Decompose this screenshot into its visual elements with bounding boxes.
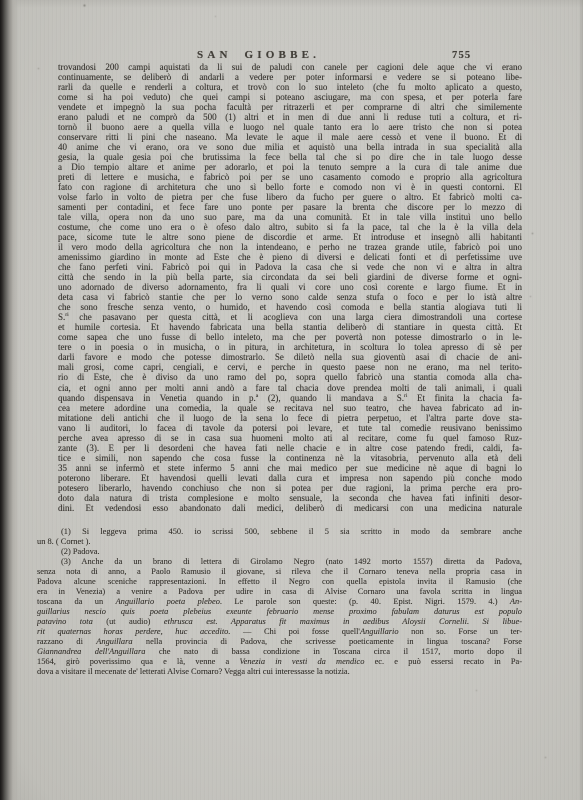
- text-line: S.ri che pasavano per questa città, et l…: [58, 312, 522, 322]
- footnote-line: toscana da un Anguillario poeta plebeo. …: [37, 597, 522, 607]
- text-line: tornò il buono aere a quella villa e luo…: [58, 122, 522, 132]
- text-line: continuamente, se deliberò di andarli a …: [58, 72, 522, 82]
- text-line: rio di Este, che è diviso da uno ramo de…: [58, 372, 522, 382]
- page-number: 755: [452, 50, 471, 61]
- footnote-line: rit quaternas horas perdere, huc accedit…: [37, 627, 522, 637]
- text-line: volse farlo in volto de pietra per che f…: [58, 192, 522, 202]
- text-line: fato con ragione di architetura che uno …: [58, 182, 522, 192]
- footnote-line: (2) Padova.: [37, 547, 522, 557]
- text-line: tice e simili, non sapendo che cosa fuss…: [58, 453, 522, 463]
- text-line: mali grosi, come capri, cengiali, e cerv…: [58, 362, 522, 372]
- text-line: et humile cortesia. Et havendo fabricata…: [58, 322, 522, 332]
- text-line: cea metere adordine una comedia, la qual…: [58, 403, 522, 413]
- text-line: vano li auditori, lo facea di tavole da …: [58, 423, 522, 433]
- text-line: trovandosi 200 campi aquistati da li sui…: [58, 62, 522, 72]
- text-line: erano paludi et ne comprò da 500 (1) alt…: [58, 112, 522, 122]
- footnote-line: patavino tota (ut audio) ethrusca est. A…: [37, 617, 522, 627]
- text-line: poterono liberare. Et havendosi quelli l…: [58, 473, 522, 483]
- scanned-book-page: SAN GIOBBE. 755 trovandosi 200 campi aqu…: [0, 0, 583, 800]
- text-line: zante (3). E per li desordeni che havea …: [58, 443, 522, 453]
- paper-specks: [0, 0, 1, 1]
- text-line: 35 anni se infermò et stete infermo 5 an…: [58, 463, 522, 473]
- text-line: darli favore e modo che potesse dimostra…: [58, 352, 522, 362]
- text-line: città che sendo in la più bella parte, s…: [58, 272, 522, 282]
- text-line: tere o in poesia o in musicha, o in pitu…: [58, 342, 522, 352]
- text-line: mitatione deli antichi che il luogo de l…: [58, 413, 522, 423]
- footnote-line: un 8. ( Cornet ).: [37, 537, 522, 547]
- footnote-line: (3) Anche da un brano di lettera di Giro…: [37, 557, 522, 567]
- text-line: gesia, la quale gesia poi che brutissima…: [58, 152, 522, 162]
- text-line: 40 anime che vi erano, ora ve sono due m…: [58, 142, 522, 152]
- text-line: samenti per contadini, et fece fare uno …: [58, 202, 522, 212]
- footnotes-block: (1) Si leggeva prima 450. io scrissi 500…: [37, 527, 522, 677]
- main-text-block: trovandosi 200 campi aquistati da li sui…: [58, 62, 522, 513]
- footnote-line: 1564, girò poverissimo qua e là, venne a…: [37, 657, 522, 667]
- text-line: perche avea apresso di se in casa sua hu…: [58, 433, 522, 443]
- text-line: come sapea che uno fusse di bello intele…: [58, 332, 522, 342]
- footnote-line: Giannandrea dell'Anguillara che nato di …: [37, 647, 522, 657]
- text-line: deta casa vi fabricò stantie che per lo …: [58, 292, 522, 302]
- binding-shadow: [0, 0, 20, 800]
- footnote-line: razzano di Anguillara nella provincia di…: [37, 637, 522, 647]
- text-line: che sono fresche senza vento, o humido, …: [58, 302, 522, 312]
- text-line: quando dispensava in Venetia quando in p…: [58, 393, 522, 403]
- text-line: dini. Et vedendosi esso abandonato dali …: [58, 503, 522, 513]
- text-line: cia, et ogni anno per molti anni andò a …: [58, 383, 522, 393]
- footnote-line: era in Venezia) a venire a Padova per ud…: [37, 587, 522, 597]
- footnote-line: (1) Si leggeva prima 450. io scrissi 500…: [37, 527, 522, 537]
- text-line: costume, che come uno era o è ofeso dalo…: [58, 222, 522, 232]
- text-line: doto dala natura di trista complesione e…: [58, 493, 522, 503]
- text-line: a Dio tempio altare et anime per adorarl…: [58, 162, 522, 172]
- footnote-line: senza nota di anno, a Paolo Ramusio il g…: [37, 567, 522, 577]
- text-line: potesero liberarlo, havendo conchiuso ch…: [58, 483, 522, 493]
- text-line: amenissimo giardino in monte ad Este che…: [58, 252, 522, 262]
- text-line: tale villa, opera non da uno suo pare, m…: [58, 212, 522, 222]
- text-line: pace, sicome tute le altre sono piene de…: [58, 232, 522, 242]
- footnote-line: dova a visitare il mecenate de' letterat…: [37, 667, 522, 677]
- running-title: SAN GIOBBE.: [197, 49, 320, 61]
- text-line: conservare ritti li pini che naseano. Ma…: [58, 132, 522, 142]
- text-line: che fano perfeti vini. Fabricò poi qui i…: [58, 262, 522, 272]
- footnote-line: Padova alcune sceniche rappresentazioni.…: [37, 577, 522, 587]
- footnote-line: guillarius nescio quis poeta plebeius ex…: [37, 607, 522, 617]
- text-line: come si ha poi veduto) che quei campi si…: [58, 92, 522, 102]
- text-line: vendete et impegnò la sua pocha facultà …: [58, 102, 522, 112]
- text-line: rarli da quelle e renderli a coltura, et…: [58, 82, 522, 92]
- text-line: il vero modo della agricoltura che non l…: [58, 242, 522, 252]
- text-line: preti di lettere e musicha, e fabricò po…: [58, 172, 522, 182]
- text-line: uno adornado de diverso adornamento, fra…: [58, 282, 522, 292]
